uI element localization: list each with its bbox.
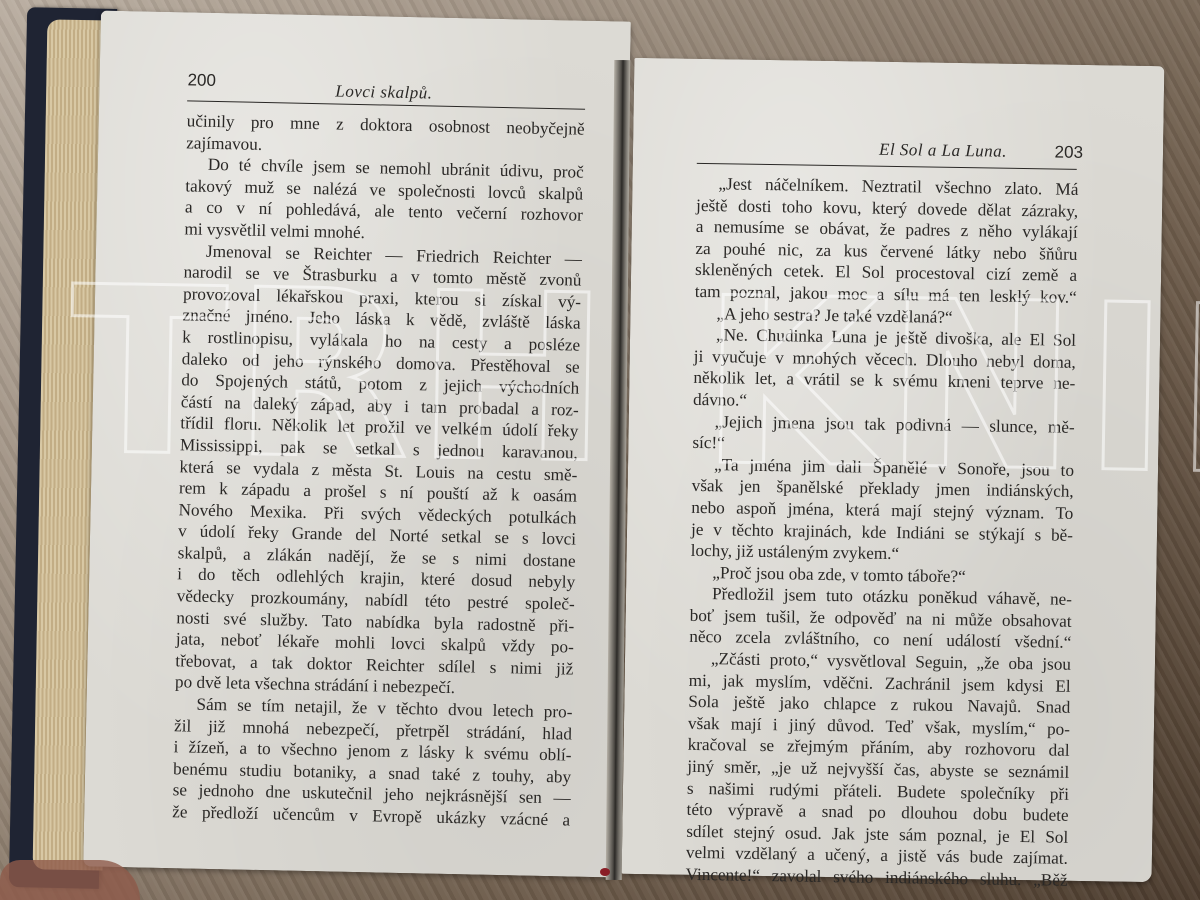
right-page-header: El Sol a La Luna. 203: [697, 139, 1077, 170]
right-page: El Sol a La Luna. 203 „Jest náčelníkem. …: [622, 58, 1165, 882]
running-title: El Sol a La Luna.: [879, 140, 1007, 162]
page-number: 200: [187, 70, 216, 91]
left-page-header: 200 Lovci skalpů.: [187, 76, 585, 109]
page-number: 203: [1054, 143, 1083, 163]
hand: [0, 860, 140, 900]
right-page-body: „Jest náčelníkem. Neztratil všechno zlat…: [685, 173, 1078, 892]
text-line: Vincente!“ zavolal svého indiánského slu…: [685, 864, 1067, 892]
running-title: Lovci skalpů.: [335, 81, 433, 103]
left-page: 200 Lovci skalpů. učinily pro mne z dokt…: [83, 11, 631, 878]
left-page-body: učinily pro mne z doktora osobnost neoby…: [172, 110, 585, 831]
headband-mark: [600, 868, 610, 876]
